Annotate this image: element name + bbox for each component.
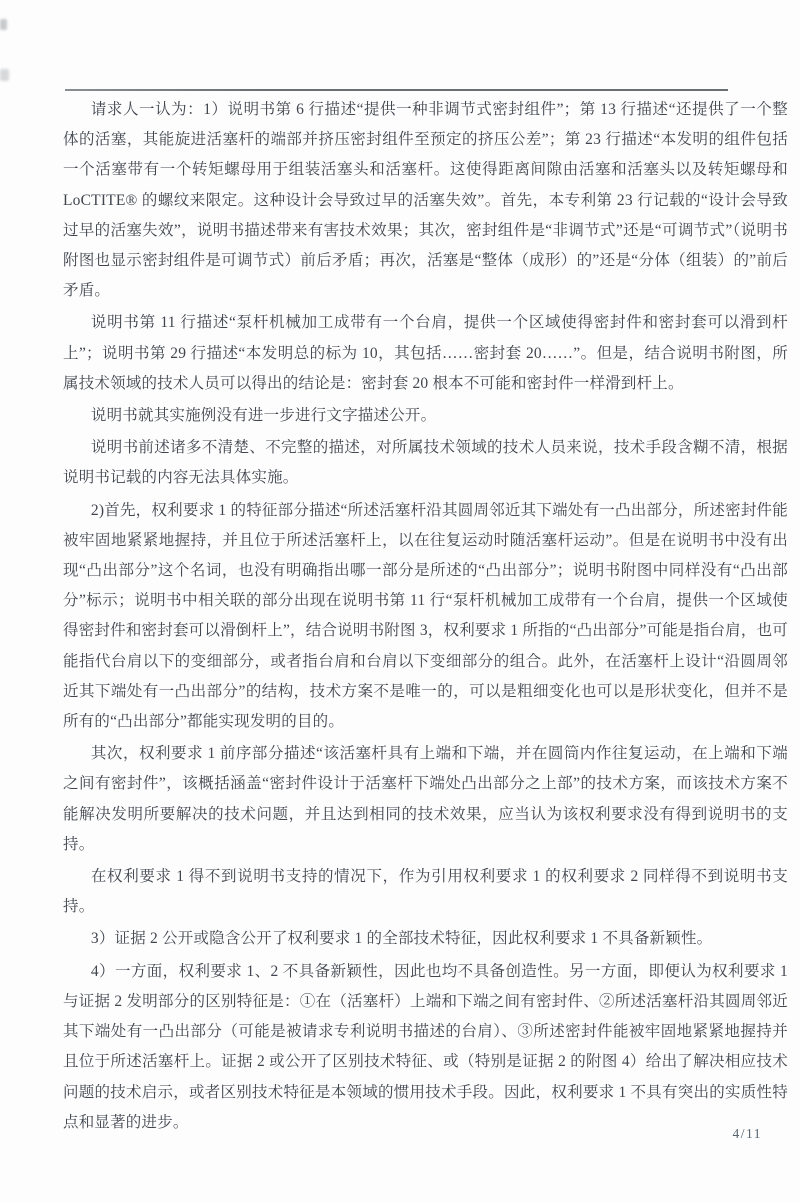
paragraph-no-further-disclosure: 说明书就其实施例没有进一步进行文字描述公开。 [63, 401, 788, 431]
scanned-document-page: 请求人一认为：1）说明书第 6 行描述“提供一种非调节式密封组件”；第 13 行… [0, 0, 800, 1202]
document-body: 请求人一认为：1）说明书第 6 行描述“提供一种非调节式密封组件”；第 13 行… [63, 95, 788, 1140]
header-divider-rule [65, 89, 728, 91]
paragraph-inventiveness: 4）一方面，权利要求 1、2 不具备新颖性，因此也均不具备创造性。另一方面，即便… [63, 957, 788, 1138]
paragraph-petitioner-arguments-1: 请求人一认为：1）说明书第 6 行描述“提供一种非调节式密封组件”；第 13 行… [63, 95, 788, 306]
page-number: 4/11 [733, 1126, 763, 1142]
paragraph-unclear-description: 说明书前述诸多不清楚、不完整的描述，对所属技术领域的技术人员来说，技术手段含糊不… [63, 433, 788, 493]
paragraph-spec-line11-line29: 说明书第 11 行描述“泵杆机械加工成带有一个台肩，提供一个区域使得密封件和密封… [63, 308, 788, 399]
paragraph-claim1-preamble: 其次，权利要求 1 前序部分描述“该活塞杆具有上端和下端，并在圆筒内作往复运动，… [63, 739, 788, 860]
scan-artifact-smudge [0, 19, 7, 30]
paragraph-claim1-protruding-part: 2)首先，权利要求 1 的特征部分描述“所述活塞杆沿其圆周邻近其下端处有一凸出部… [63, 496, 788, 738]
scan-artifact-smudge [0, 69, 9, 81]
paragraph-claim2-support: 在权利要求 1 得不到说明书支持的情况下，作为引用权利要求 1 的权利要求 2 … [63, 862, 788, 922]
paragraph-evidence2-novelty: 3）证据 2 公开或隐含公开了权利要求 1 的全部技术特征，因此权利要求 1 不… [63, 924, 788, 954]
